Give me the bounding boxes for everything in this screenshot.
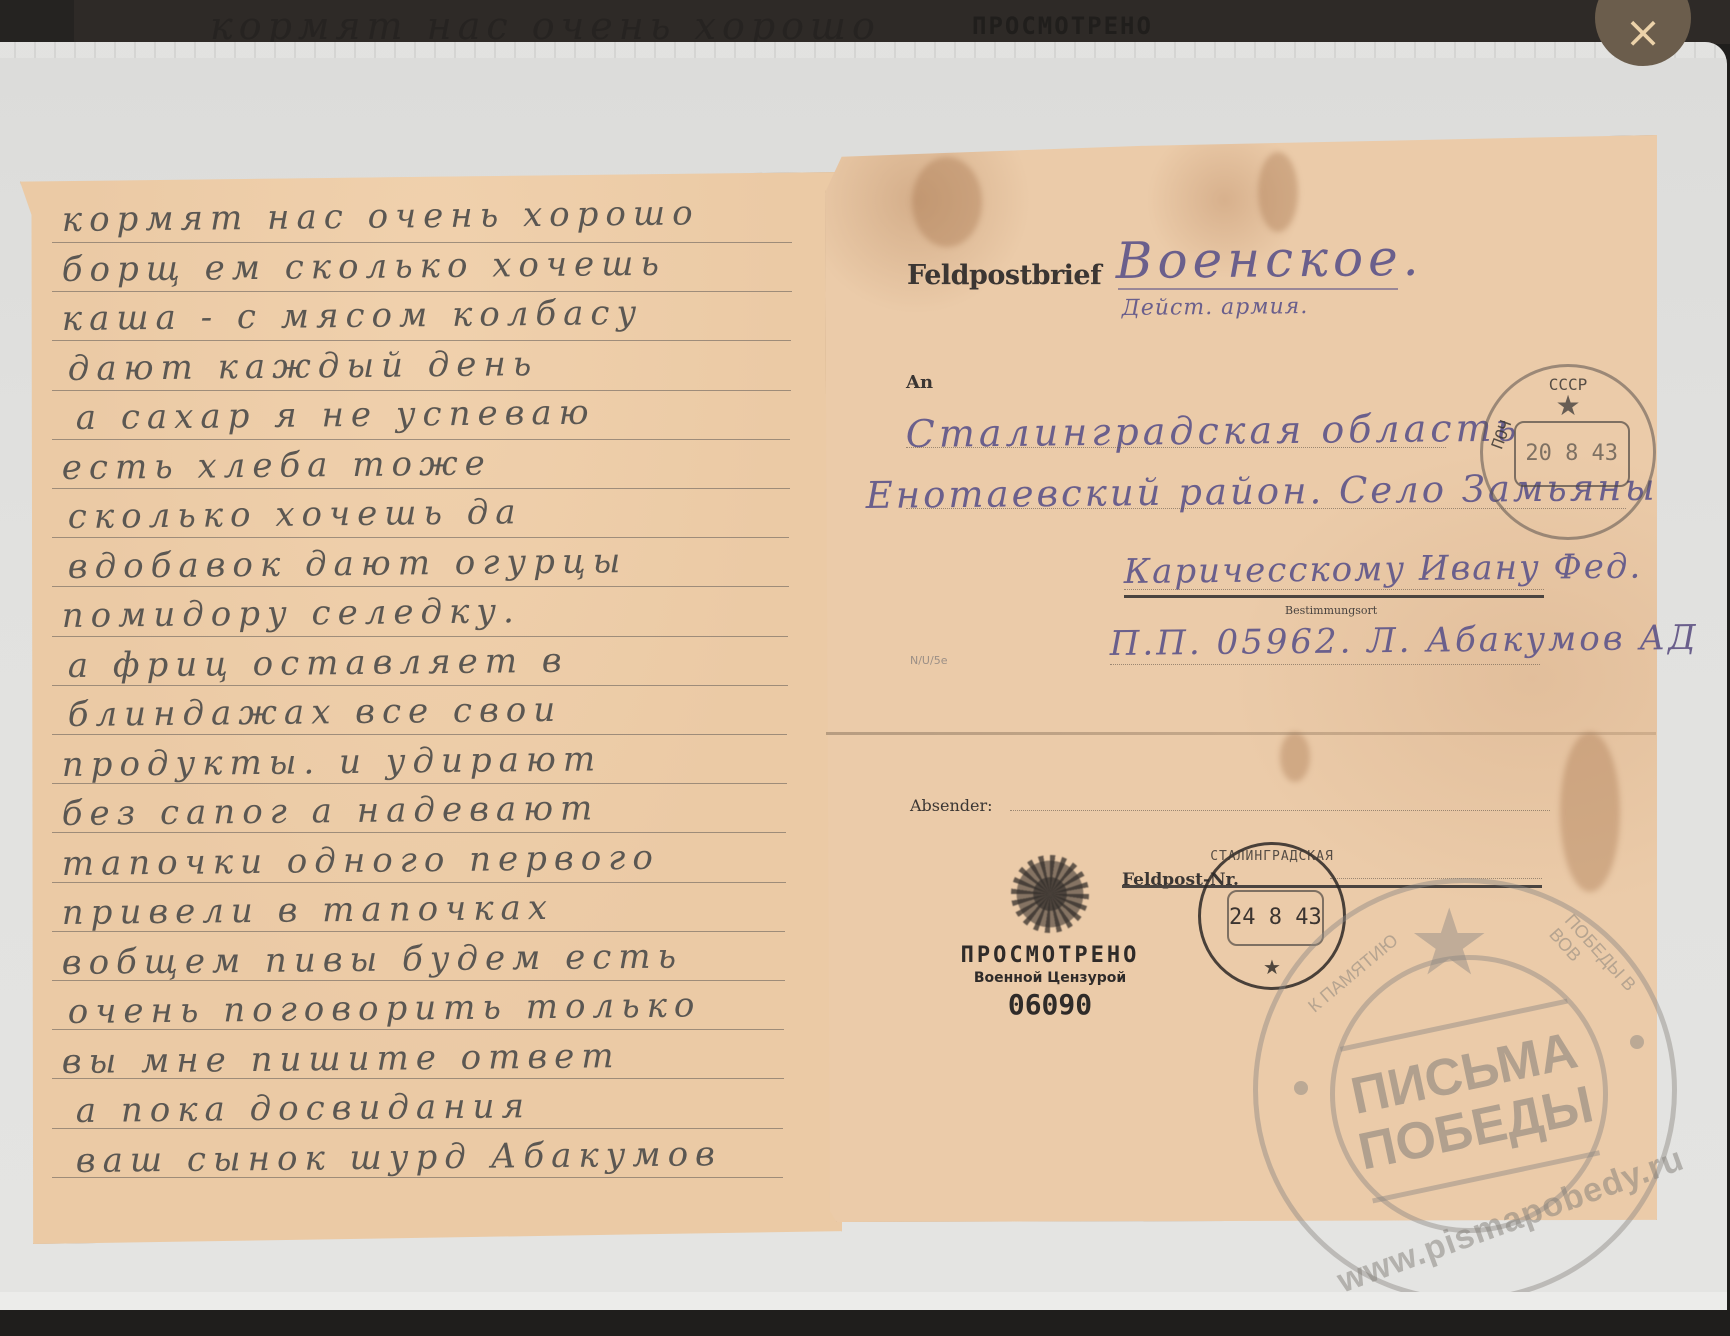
address-line: Каричесскому Ивану Фед. [1124, 547, 1643, 592]
letter-line: а фриц оставляет в [68, 640, 569, 685]
address-dotted-line [1124, 589, 1544, 590]
ruled-line [52, 537, 789, 538]
postmark-date: 24 8 43 [1227, 890, 1325, 945]
water-stain [912, 157, 982, 247]
ruled-line [52, 636, 788, 637]
field-post-line: П.П. 05962. Л. Абакумов АД [1110, 618, 1699, 664]
sender-dotted-line [1010, 810, 1550, 811]
postmark-date: 20 8 43 [1514, 421, 1630, 486]
letter-line: есть хлеба тоже [62, 443, 492, 488]
ruled-line [52, 734, 787, 735]
censor-stamp: ПРОСМОТРЕНО Военной Цензурой 06090 [930, 855, 1170, 1021]
to-label: An [906, 372, 933, 393]
letter-line: вобщем пивы будем есть [62, 936, 684, 983]
subheading-handwritten: Дейст. армия. [1122, 294, 1309, 321]
backdrop-ghost-stamp: ПРОСМОТРЕНО [972, 12, 1153, 40]
address-dotted-line [906, 447, 1446, 448]
printer-mark: N/U/5e [910, 654, 947, 667]
letter-line: борщ ем сколько хочешь [62, 243, 667, 289]
lightbox-image: кормят нас очень хорошоборщ ем сколько х… [0, 42, 1727, 1310]
feldpost-dotted-line [1330, 878, 1542, 879]
letter-line: привели в тапочках [62, 888, 555, 933]
letter-line: блиндажах все свои [68, 690, 563, 735]
destination-label: Bestimmungsort [1285, 604, 1377, 617]
star-icon: ★ [1263, 955, 1281, 979]
water-stain [1560, 732, 1620, 892]
ruled-line [52, 291, 792, 292]
censor-line2: Военной Цензурой [930, 970, 1170, 986]
letter-line: продукты. и удирают [62, 739, 603, 785]
scan-edge [0, 42, 1727, 58]
letter-line: очень поговорить только [68, 985, 702, 1032]
ruled-line [52, 242, 792, 243]
letter-line: каша - с мясом колбасу [62, 293, 644, 339]
star-icon: ★ [1408, 897, 1490, 989]
censor-number: 06090 [930, 988, 1170, 1021]
backdrop-side-panel [0, 0, 74, 44]
ruled-line [52, 340, 791, 341]
letter-line: вы мне пишите ответ [62, 1036, 621, 1082]
fold-line [826, 732, 1656, 735]
letter-line: кормят нас очень хорошо [62, 193, 700, 240]
postmark-top: СССР ★ ПОЧ 20 8 43 [1480, 364, 1656, 540]
letter-line: сколько хочешь да [68, 492, 523, 537]
ruled-line [52, 439, 790, 440]
water-stain [1280, 732, 1310, 782]
ruled-line [52, 488, 790, 489]
letter-line: а пока досвидания [76, 1086, 532, 1131]
ruled-line [52, 586, 789, 587]
letter-line: помидору селедку. [62, 591, 521, 636]
watermark-dot [1294, 1081, 1308, 1095]
letter-line: а сахар я не успеваю [76, 393, 596, 438]
form-title: Feldpostbrief [907, 260, 1101, 291]
sender-label: Absender: [910, 796, 993, 815]
watermark-dot [1630, 1035, 1644, 1049]
address-line: Сталинградская область [906, 406, 1521, 456]
postmark-arc-text: СТАЛИНГРАДСКАЯ [1201, 849, 1343, 864]
letter-line: вдобавок дают огурцы [68, 541, 628, 587]
field-post-dotted-line [1110, 664, 1540, 665]
scan-bottom-edge [0, 1292, 1727, 1310]
postmark-side-text: ПОЧ [1488, 418, 1516, 452]
letter-line: ваш сынок шурд Абакумов [76, 1134, 722, 1181]
destination-rule [1124, 595, 1544, 598]
censor-line1: ПРОСМОТРЕНО [930, 943, 1170, 968]
page-backdrop: кормят нас очень хорошо ПРОСМОТРЕНО [0, 0, 1730, 44]
heading-handwritten: Военское. [1115, 229, 1423, 290]
close-icon: × [1625, 11, 1662, 55]
water-stain [1258, 152, 1298, 232]
watermark-stamp: ★ К ПАМЯТИЮ ПОБЕДЫ В ВОВ ПИСЬМА ПОБЕДЫ w… [1253, 878, 1677, 1302]
heading-underline [1118, 288, 1398, 290]
letter-line: дают каждый день [68, 344, 539, 389]
letter-line: тапочки одного первого [62, 837, 660, 883]
ruled-line [52, 390, 791, 391]
emblem-icon [1011, 855, 1089, 933]
star-icon: ★ [1555, 389, 1580, 422]
letter-line: без сапог а надевают [62, 788, 600, 834]
